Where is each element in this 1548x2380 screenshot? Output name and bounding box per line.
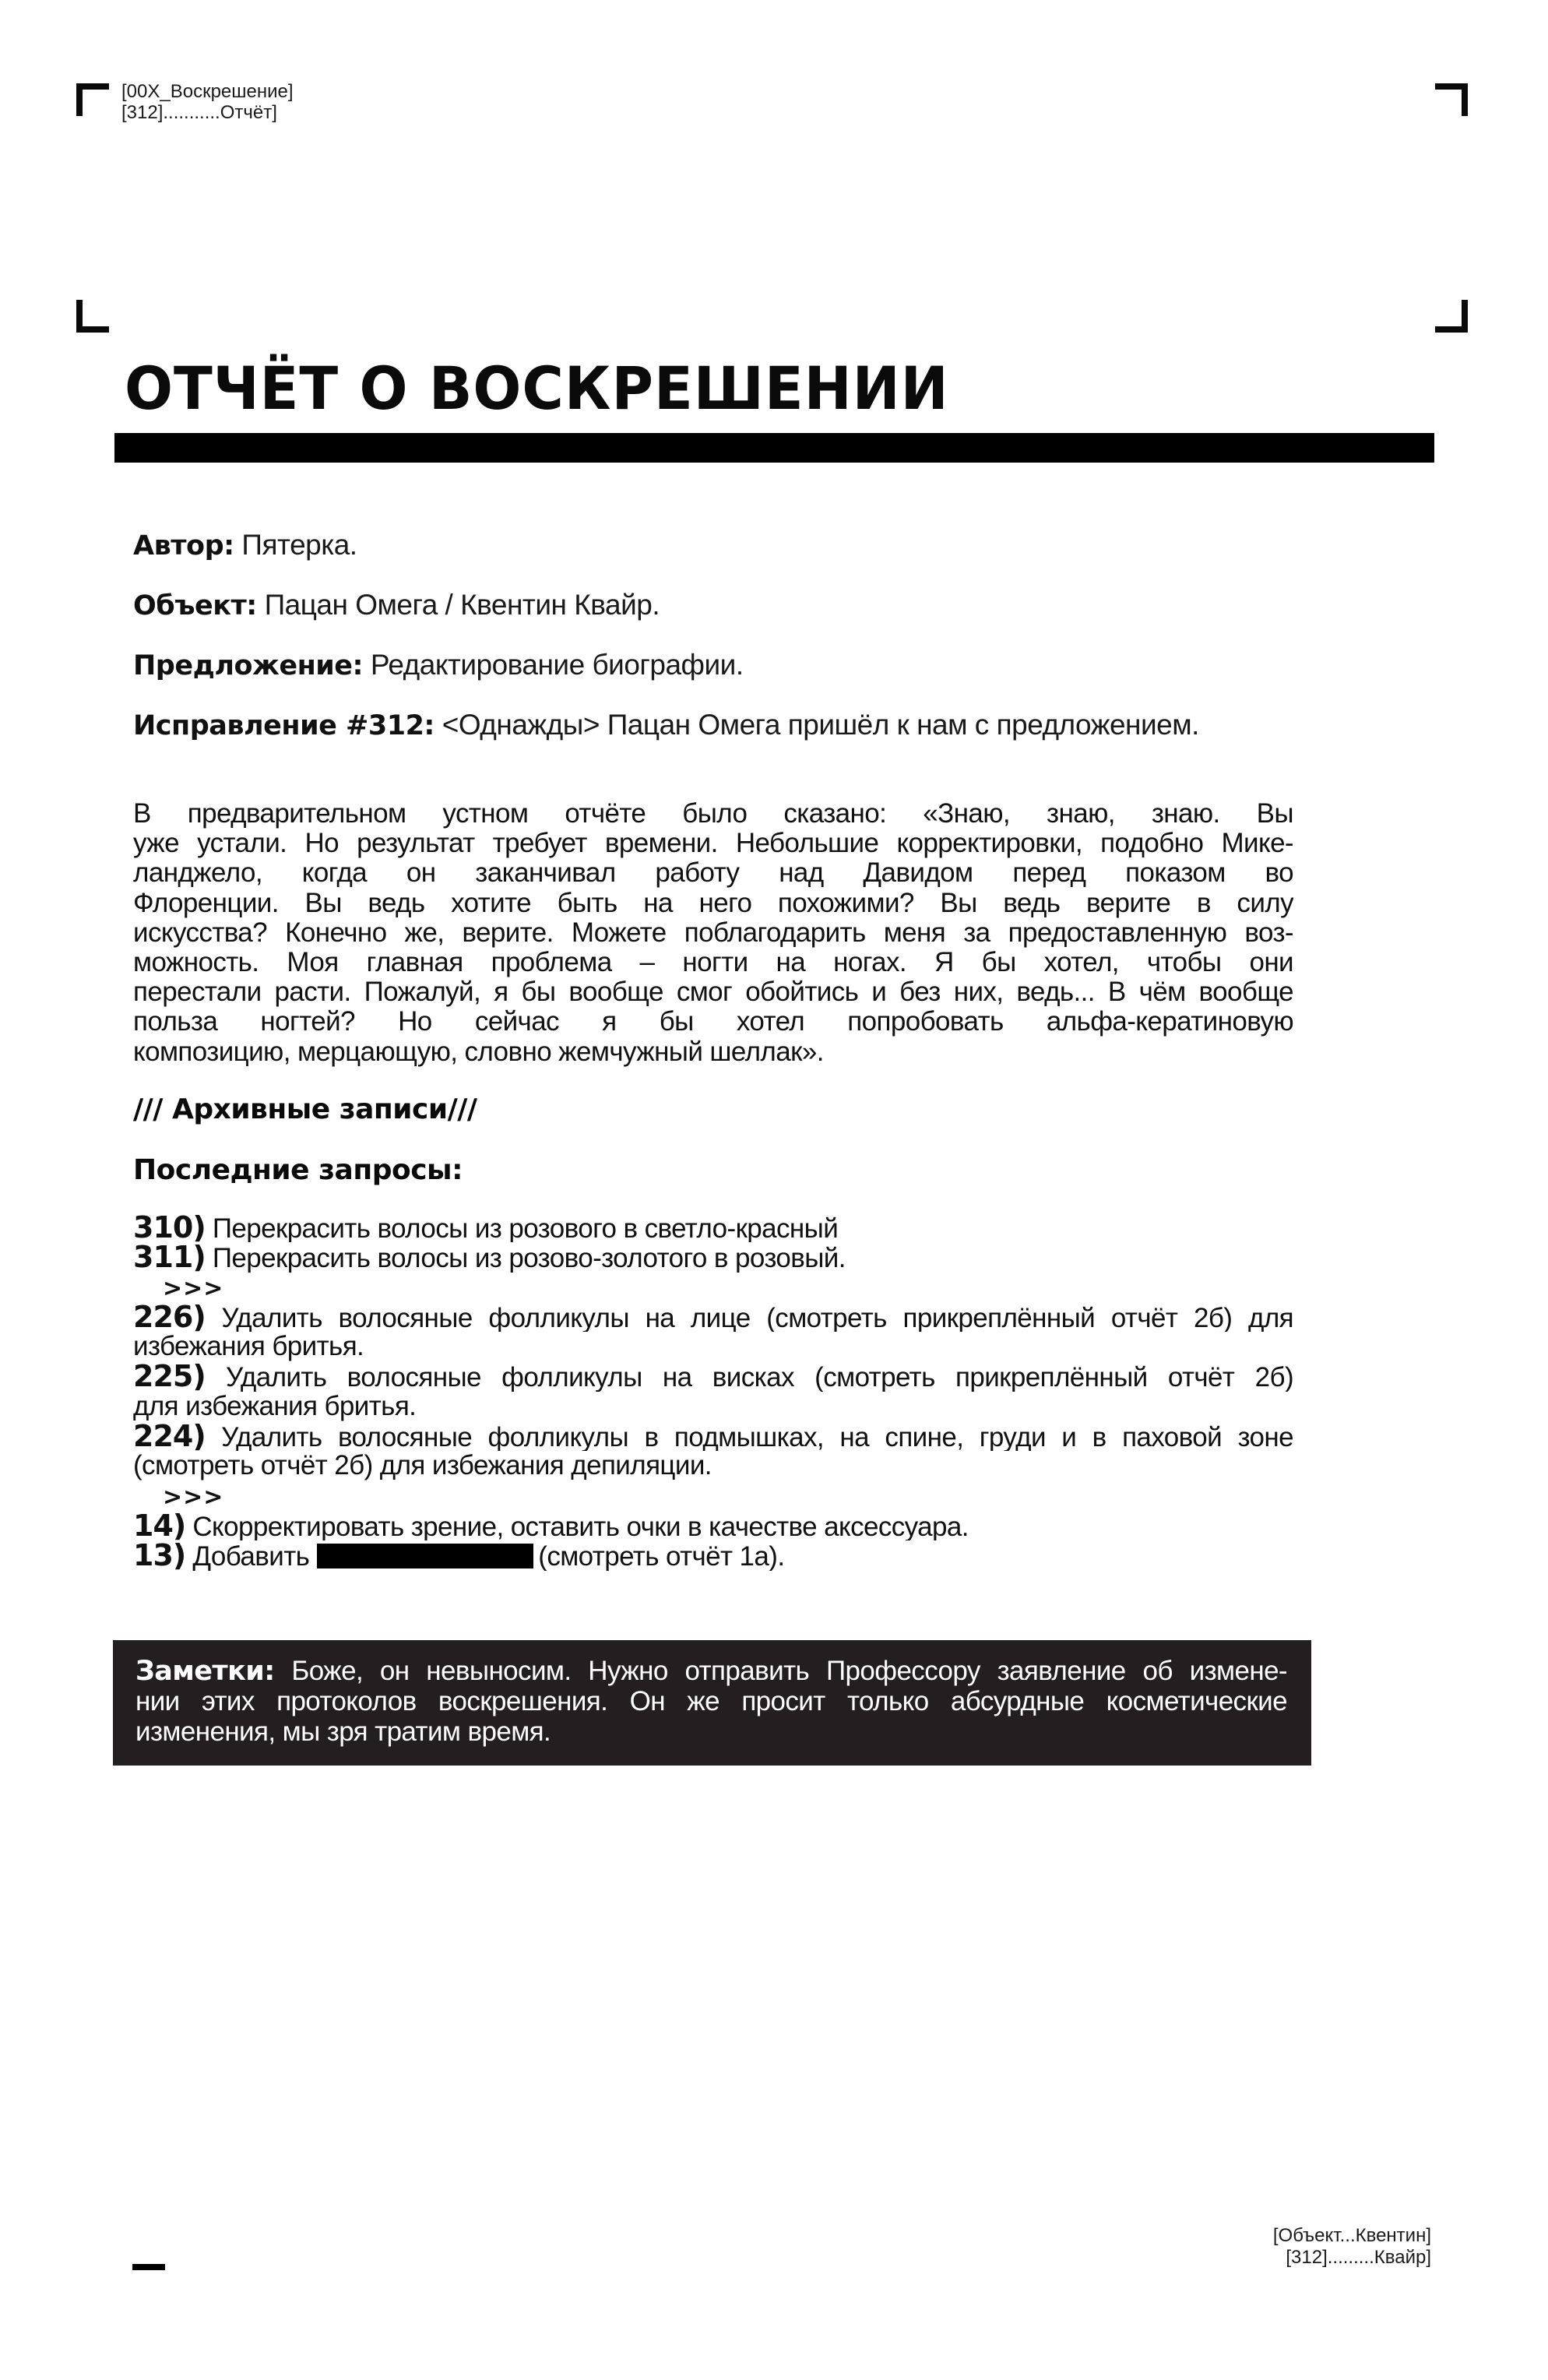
notes-line: Заметки: Боже, он невыносим. Нужно отпра… xyxy=(135,1656,1287,1686)
oral-report-paragraph: В предварительном устном отчёте было ска… xyxy=(133,799,1293,1067)
header-file-tag: [00X_Воскрешение] [312]...........Отчёт] xyxy=(121,81,294,123)
request-text: Перекрасить волосы из розово-золотого в … xyxy=(213,1243,846,1272)
request-list: 310) Перекрасить волосы из розового в св… xyxy=(133,1213,1293,1571)
request-text: (смотреть отчёт 2б) для избежания депиля… xyxy=(133,1451,712,1480)
meta-author-label: Автор: xyxy=(133,530,234,562)
corner-bracket-top-right xyxy=(1435,83,1468,116)
request-number: 224) xyxy=(133,1421,206,1451)
chevrons-separator-icon: >>> xyxy=(133,1275,223,1302)
paragraph-line: уже устали. Но результат требует времени… xyxy=(133,829,1293,858)
meta-author-value: Пятерка. xyxy=(241,529,357,561)
paragraph-line: В предварительном устном отчёте было ска… xyxy=(133,799,1293,829)
paragraph-line: Флоренции. Вы ведь хотите быть на него п… xyxy=(133,889,1293,918)
notes-text: Боже, он невыносим. Нужно отправить Проф… xyxy=(291,1656,1287,1686)
footer-tag-line-2: [312].........Квайр] xyxy=(1273,2247,1431,2269)
report-metadata: Автор: Пятерка. Объект: Пацан Омега / Кв… xyxy=(133,523,1317,763)
notes-box: Заметки: Боже, он невыносим. Нужно отпра… xyxy=(113,1640,1311,1766)
corner-bracket-bottom-right xyxy=(1435,300,1468,333)
request-number: 13) xyxy=(133,1540,185,1570)
request-number: 311) xyxy=(133,1242,206,1272)
list-item-310: 310) Перекрасить волосы из розового в св… xyxy=(133,1213,1293,1242)
list-item-224: 224) Удалить волосяные фолликулы в подмы… xyxy=(133,1421,1293,1451)
corner-bracket-top-left xyxy=(76,83,109,116)
request-text: (смотреть отчёт 1а). xyxy=(538,1541,784,1570)
list-item-311: 311) Перекрасить волосы из розово-золото… xyxy=(133,1242,1293,1272)
list-separator: >>> xyxy=(133,1481,1293,1511)
footer-tag-line-1: [Объект...Квентин] xyxy=(1273,2225,1431,2247)
list-item-224-continued: (смотреть отчёт 2б) для избежания депиля… xyxy=(133,1451,1293,1480)
archive-heading: /// Архивные записи/// xyxy=(133,1093,477,1125)
request-text: Удалить волосяные фолликулы на висках (с… xyxy=(226,1362,1293,1391)
paragraph-line: можность. Моя главная проблема – ногти н… xyxy=(133,948,1293,977)
list-separator: >>> xyxy=(133,1273,1293,1302)
page-marker-dash xyxy=(132,2264,165,2270)
request-text: Удалить волосяные фолликулы в подмышках,… xyxy=(221,1422,1293,1451)
request-text: Добавить xyxy=(192,1541,309,1570)
paragraph-line: ланджело, когда он заканчивал работу над… xyxy=(133,858,1293,888)
request-text: для избежания бритья. xyxy=(133,1392,416,1421)
notes-line: изменения, мы зря тратим время. xyxy=(135,1716,1287,1747)
request-text: Скорректировать зрение, оставить очки в … xyxy=(192,1512,969,1540)
request-number: 14) xyxy=(133,1511,185,1540)
request-number: 226) xyxy=(133,1302,206,1332)
meta-proposal: Предложение: Редактирование биографии. xyxy=(133,643,1317,703)
notes-label: Заметки: xyxy=(135,1656,275,1686)
list-item-225-continued: для избежания бритья. xyxy=(133,1392,1293,1421)
request-text: избежания бритья. xyxy=(133,1332,364,1361)
paragraph-line: польза ногтей? Но сейчас я бы хотел попр… xyxy=(133,1007,1293,1037)
request-number: 225) xyxy=(133,1361,206,1391)
list-item-226-continued: избежания бритья. xyxy=(133,1332,1293,1361)
paragraph-line: искусства? Конечно же, верите. Можете по… xyxy=(133,918,1293,948)
list-item-226: 226) Удалить волосяные фолликулы на лице… xyxy=(133,1302,1293,1332)
chevrons-separator-icon: >>> xyxy=(133,1484,223,1511)
page-title: ОТЧЁТ О ВОСКРЕШЕНИИ xyxy=(125,355,949,422)
list-item-14: 14) Скорректировать зрение, оставить очк… xyxy=(133,1511,1293,1540)
meta-subject-value: Пацан Омега / Квентин Квайр. xyxy=(265,589,660,621)
title-underline-bar xyxy=(114,433,1434,463)
corner-bracket-bottom-left xyxy=(76,300,109,333)
meta-correction-label: Исправление #312: xyxy=(133,710,434,741)
request-text: Удалить волосяные фолликулы на лице (смо… xyxy=(221,1303,1293,1332)
meta-subject: Объект: Пацан Омега / Квентин Квайр. xyxy=(133,583,1317,643)
meta-proposal-label: Предложение: xyxy=(133,650,363,681)
paragraph-line: композицию, мерцающую, словно жемчужный … xyxy=(133,1037,1293,1067)
meta-proposal-value: Редактирование биографии. xyxy=(371,649,744,681)
meta-subject-label: Объект: xyxy=(133,590,257,621)
list-item-13: 13) Добавить(смотреть отчёт 1а). xyxy=(133,1540,1293,1570)
footer-file-tag: [Объект...Квентин] [312].........Квайр] xyxy=(1273,2225,1431,2269)
request-text: Перекрасить волосы из розового в светло-… xyxy=(213,1213,838,1242)
list-item-225: 225) Удалить волосяные фолликулы на виск… xyxy=(133,1361,1293,1391)
meta-author: Автор: Пятерка. xyxy=(133,523,1317,583)
request-number: 310) xyxy=(133,1213,206,1242)
meta-correction-value: <Однажды> Пацан Омега пришёл к нам с пре… xyxy=(442,709,1199,741)
meta-correction: Исправление #312: <Однажды> Пацан Омега … xyxy=(133,703,1317,763)
header-tag-line-1: [00X_Воскрешение] xyxy=(121,81,294,102)
header-tag-line-2: [312]...........Отчёт] xyxy=(121,102,294,123)
redacted-block xyxy=(317,1544,533,1568)
notes-line: нии этих протоколов воскрешения. Он же п… xyxy=(135,1686,1287,1716)
recent-requests-heading: Последние запросы: xyxy=(133,1154,463,1186)
paragraph-line: перестали расти. Пожалуй, я бы вообще см… xyxy=(133,977,1293,1007)
